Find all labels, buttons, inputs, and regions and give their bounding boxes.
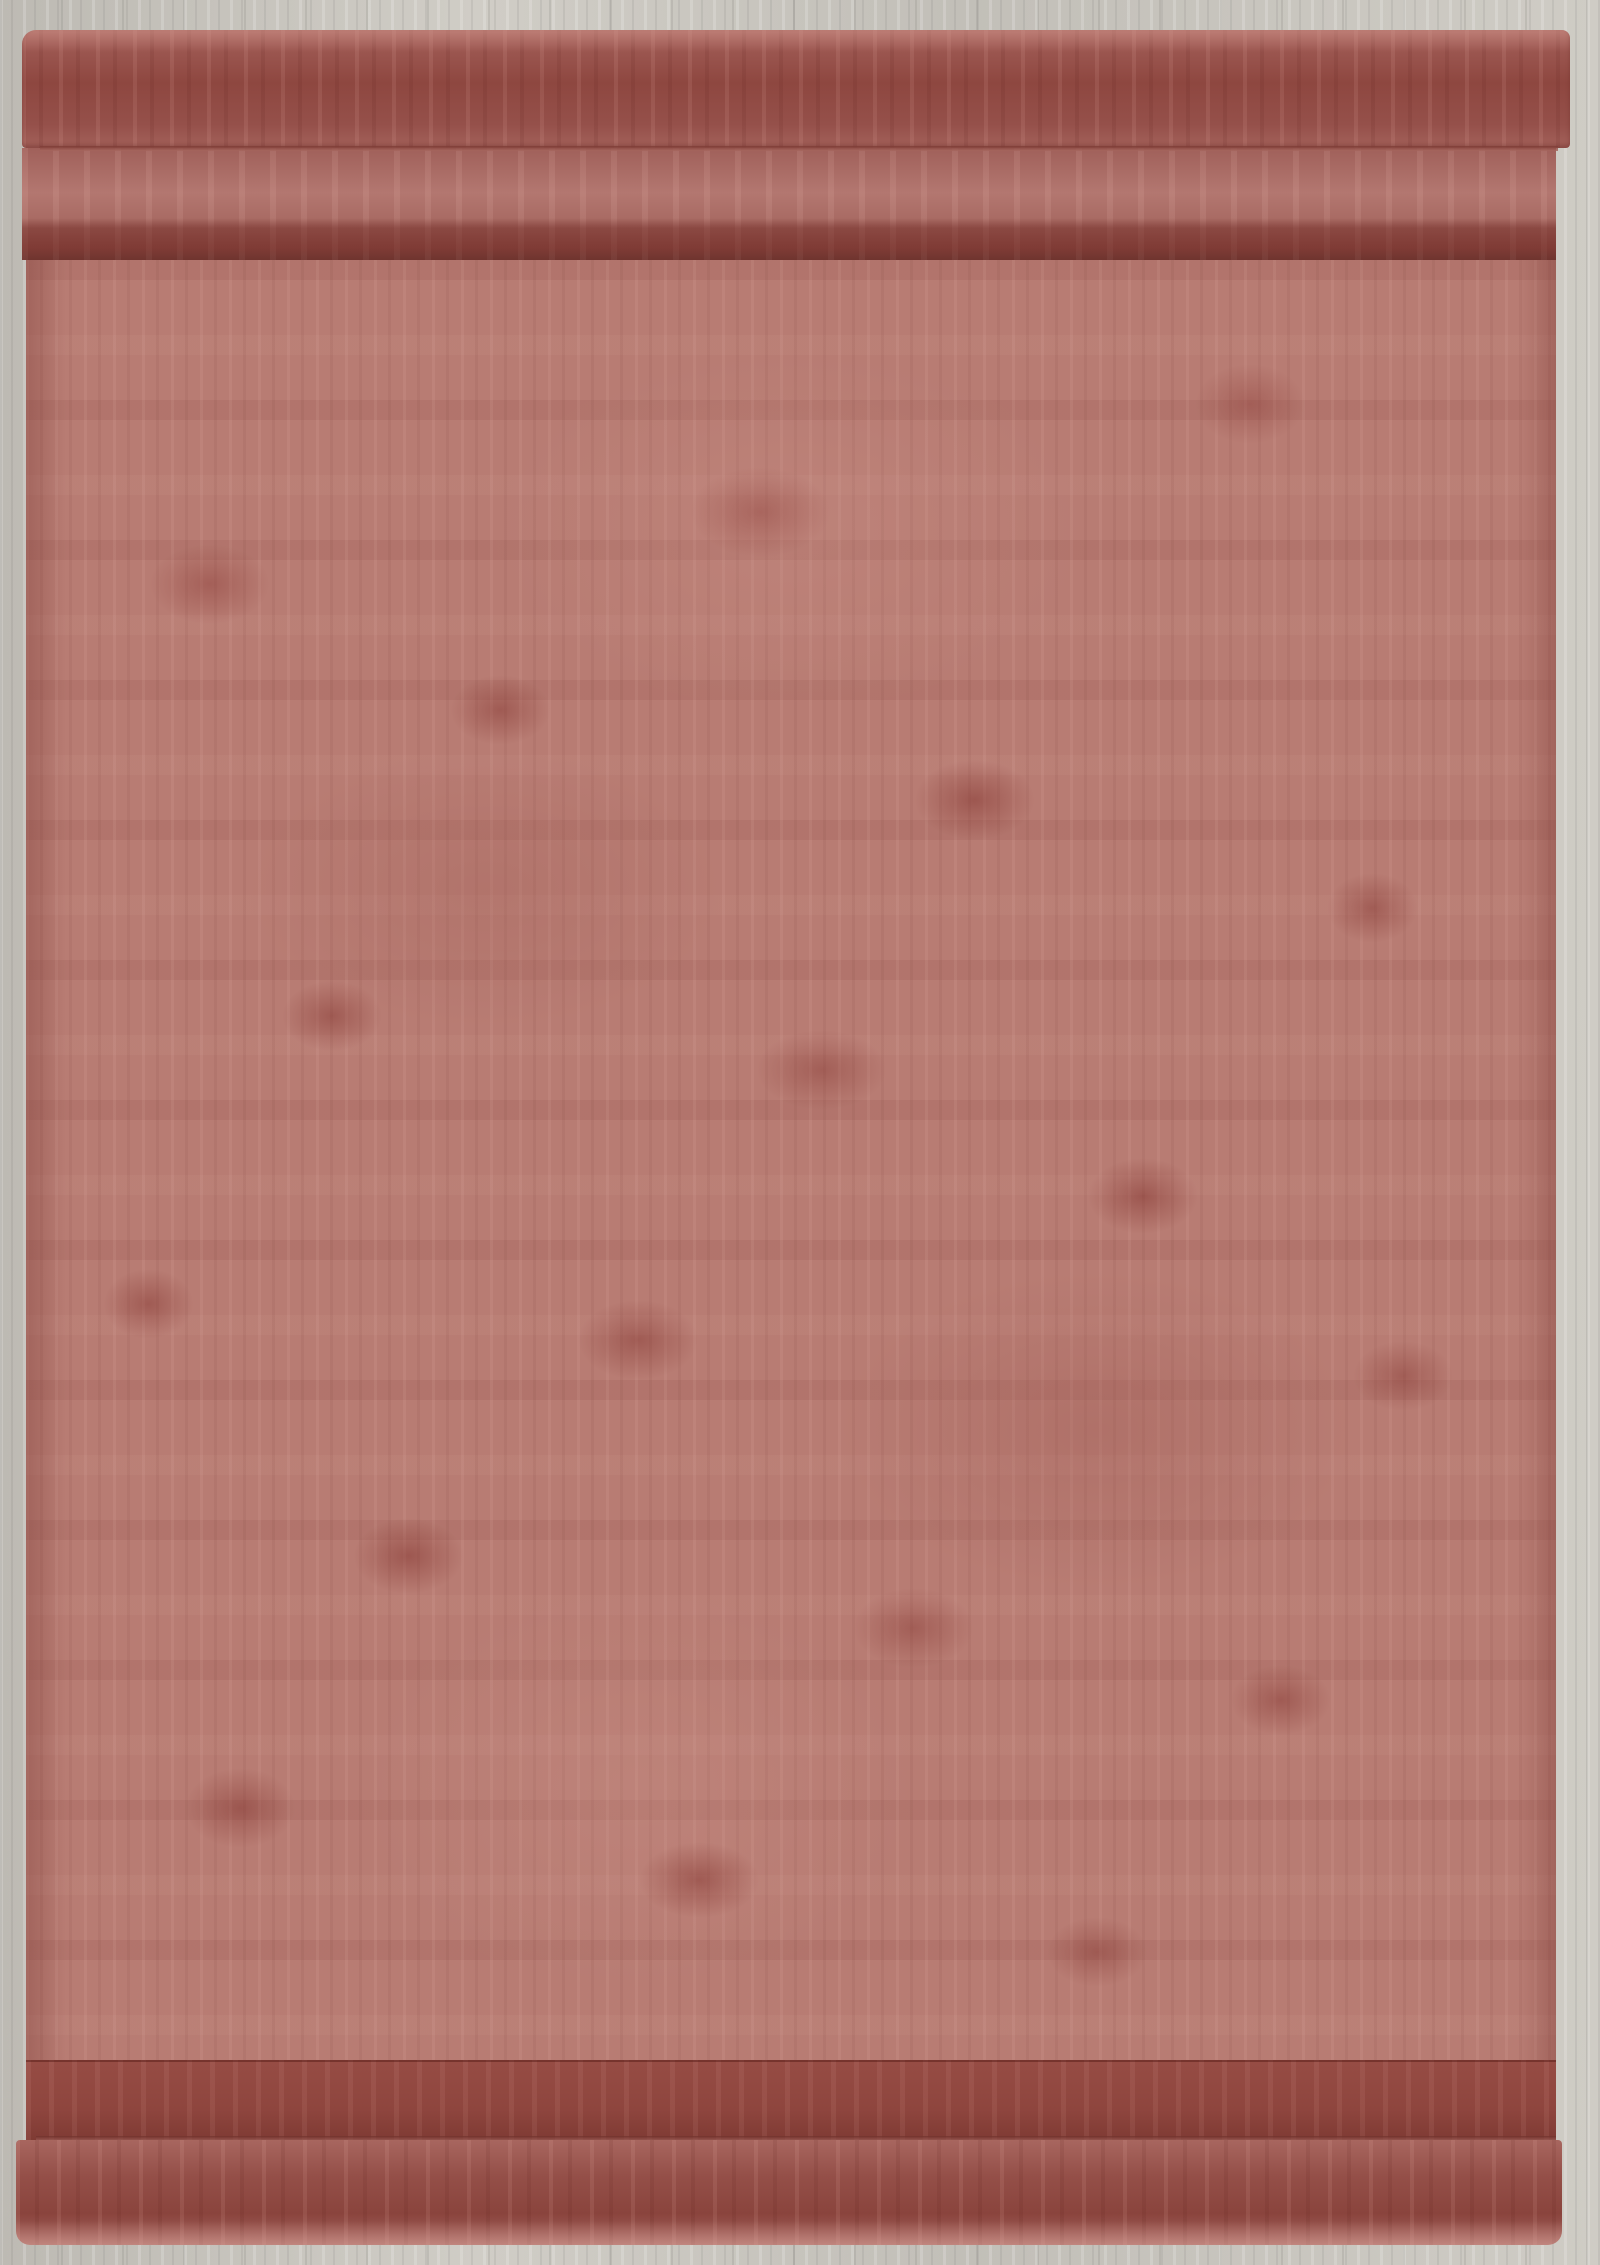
rug-main-field bbox=[26, 260, 1556, 2060]
rug-right-edge-shade bbox=[1520, 260, 1556, 2060]
rug bbox=[22, 30, 1570, 2245]
rug-top-fold-line bbox=[40, 146, 1558, 151]
rug-top-border-band bbox=[22, 148, 1556, 260]
rug-bottom-fringe bbox=[16, 2140, 1562, 2245]
rug-left-edge-shade bbox=[26, 260, 66, 2060]
rug-top-fringe bbox=[22, 30, 1570, 148]
rug-bottom-border-band bbox=[26, 2060, 1556, 2142]
photo-scene bbox=[0, 0, 1600, 2265]
